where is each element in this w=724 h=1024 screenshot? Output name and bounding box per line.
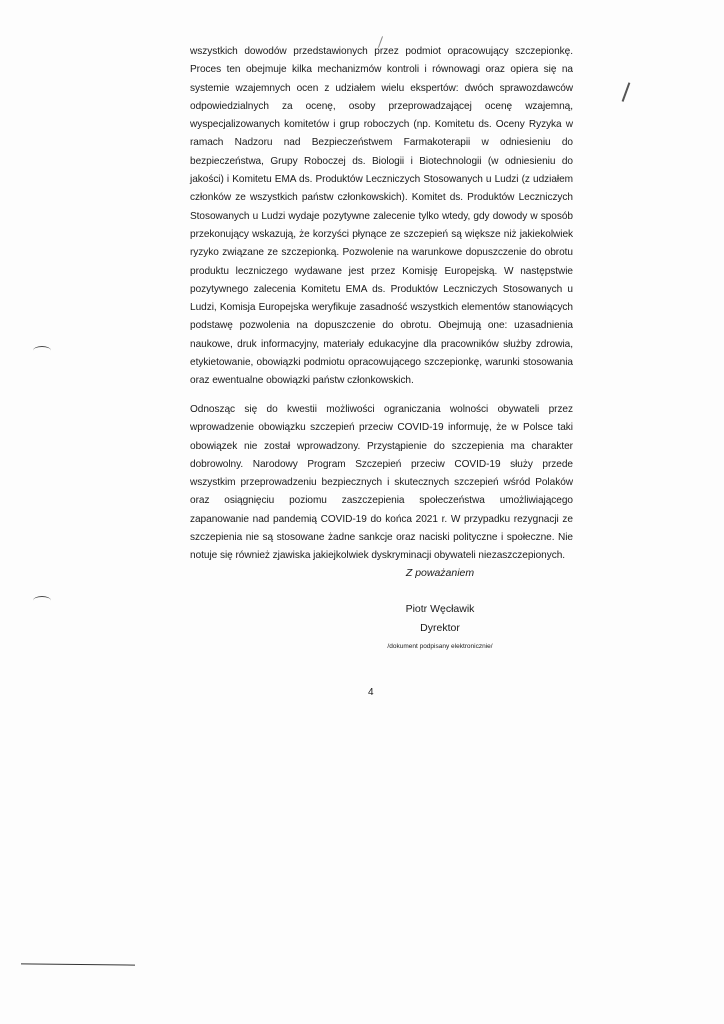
paragraph-text: wszystkich dowodów przedstawionych przez…	[190, 43, 573, 391]
signer-title: Dyrektor	[350, 622, 530, 634]
punch-hole-mark	[33, 346, 51, 355]
page-number: 4	[368, 687, 374, 698]
punch-hole-mark	[33, 596, 51, 605]
closing-greeting: Z poważaniem	[390, 567, 490, 579]
signer-name: Piotr Węcławik	[350, 603, 530, 615]
paragraph-text: Odnosząc się do kwestii możliwości ogran…	[190, 401, 573, 566]
footer-rule	[21, 963, 135, 965]
body-paragraph: Odnosząc się do kwestii możliwości ogran…	[190, 401, 573, 566]
document-page: wszystkich dowodów przedstawionych przez…	[0, 0, 724, 1024]
margin-pen-mark	[622, 82, 630, 101]
body-paragraph: wszystkich dowodów przedstawionych przez…	[190, 43, 573, 391]
signature-note: /dokument podpisany elektronicznie/	[350, 643, 530, 650]
